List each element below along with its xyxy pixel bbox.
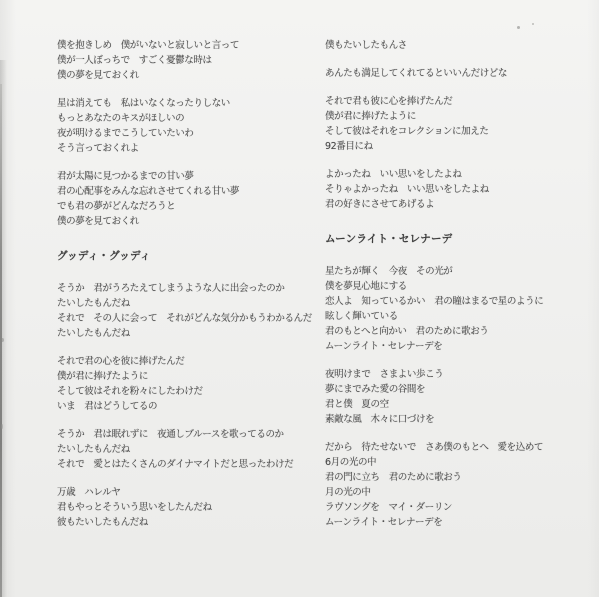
lyric-line: 万歳 ハレルヤ [57,485,312,500]
lyric-line: 君の好きにさせてあげるよ [325,197,543,212]
lyric-line: 君が太陽に見つかるまでの甘い夢 [57,169,312,184]
lyric-line: 僕が君に捧げたように [325,109,543,124]
stanza: そうか 君がうろたえてしまうような人に出会ったのかたいしたもんだねそれで その人… [57,281,312,341]
stanza: よかったね いい思いをしたよねそりゃよかったね いい思いをしたよね君の好きにさせ… [325,167,543,212]
stanza: 万歳 ハレルヤ君もやっとそういう思いをしたんだね彼もたいしたもんだね [57,485,312,530]
scan-speck [517,26,520,29]
lyric-line: 僕を抱きしめ 僕がいないと寂しいと言って [57,38,312,53]
lyric-line: よかったね いい思いをしたよね [325,167,543,182]
lyric-line: でも君の夢がどんなだろうと [57,199,312,214]
stanza: 僕もたいしたもんさ [325,38,543,53]
lyric-line: 夢にまでみた愛の谷間を [325,382,543,397]
lyric-line: 恋人よ 知っているかい 君の瞳はまるで星のように [325,294,543,309]
lyric-line: 僕の夢を見ておくれ [57,68,312,83]
scan-speck [532,23,534,25]
lyric-line: ムーンライト・セレナーデを [325,515,543,530]
lyrics-column-right: 僕もたいしたもんさあんたも満足してくれてるといいんだけどなそれで君も彼に心を捧げ… [325,38,543,543]
scan-speck [1,424,3,429]
lyric-line: 彼もたいしたもんだね [57,515,312,530]
lyric-line: ラヴソングを マイ・ダーリン [325,500,543,515]
lyric-line: 僕が君に捧げたように [57,369,312,384]
stanza: それで君の心を彼に捧げたんだ僕が君に捧げたようにそして彼はそれを粉々にしたわけだ… [57,354,312,414]
stanza: そうか 君は眠れずに 夜通しブルースを歌ってるのかたいしたもんだねそれで 愛とは… [57,427,312,472]
stanza: 星は消えても 私はいなくなったりしないもっとあなたのキスがほしいの夜が明けるまで… [57,96,312,156]
lyric-line: そして彼はそれを粉々にしたわけだ [57,384,312,399]
lyric-line: そうか 君は眠れずに 夜通しブルースを歌ってるのか [57,427,312,442]
stanza: あんたも満足してくれてるといいんだけどな [325,66,543,81]
lyric-line: たいしたもんだね [57,296,312,311]
lyric-line: 僕の夢を見ておくれ [57,214,312,229]
lyric-line: 素敵な風 木々に口づけを [325,412,543,427]
lyric-line: それで その人に会って それがどんな気分かもうわかるんだ [57,311,312,326]
lyrics-column-left: 僕を抱きしめ 僕がいないと寂しいと言って僕が一人ぼっちで すごく憂鬱な時は僕の夢… [57,38,312,543]
lyric-line: 月の光の中 [325,485,543,500]
lyric-line: 夜明けまで さまよい歩こう [325,367,543,382]
lyric-line: それで君の心を彼に捧げたんだ [57,354,312,369]
lyric-line: それで君も彼に心を捧げたんだ [325,94,543,109]
song-title: グッディ・グッディ [57,249,312,264]
lyric-line: そうか 君がうろたえてしまうような人に出会ったのか [57,281,312,296]
lyric-line: たいしたもんだね [57,326,312,341]
lyric-line: そりゃよかったね いい思いをしたよね [325,182,543,197]
lyric-line: たいしたもんだね [57,442,312,457]
lyric-line: 僕もたいしたもんさ [325,38,543,53]
stanza: 僕を抱きしめ 僕がいないと寂しいと言って僕が一人ぼっちで すごく憂鬱な時は僕の夢… [57,38,312,83]
lyric-line: いま 君はどうしてるの [57,399,312,414]
lyric-line: だから 待たせないで さあ僕のもとへ 愛を込めて [325,440,543,455]
stanza: 星たちが輝く 今夜 その光が僕を夢見心地にする恋人よ 知っているかい 君の瞳はま… [325,264,543,354]
scan-speck [1,338,4,342]
lyric-line: 君の心配事をみんな忘れさせてくれる甘い夢 [57,184,312,199]
lyric-line: 92番目にね [325,139,543,154]
lyric-line: 僕が一人ぼっちで すごく憂鬱な時は [57,53,312,68]
stanza: だから 待たせないで さあ僕のもとへ 愛を込めて6月の光の中君の門に立ち 君のた… [325,440,543,530]
lyric-line: 眩しく輝いている [325,309,543,324]
song-title: ムーンライト・セレナーデ [325,232,543,247]
lyric-line: そして彼はそれをコレクションに加えた [325,124,543,139]
lyric-line: それで 愛とはたくさんのダイナマイトだと思ったわけだ [57,457,312,472]
stanza: それで君も彼に心を捧げたんだ僕が君に捧げたようにそして彼はそれをコレクションに加… [325,94,543,154]
lyric-line: 君と僕 夏の空 [325,397,543,412]
stanza: 夜明けまで さまよい歩こう夢にまでみた愛の谷間を君と僕 夏の空素敵な風 木々に口… [325,367,543,427]
lyric-line: 君の門に立ち 君のために歌おう [325,470,543,485]
lyric-line: もっとあなたのキスがほしいの [57,111,312,126]
lyric-line: あんたも満足してくれてるといいんだけどな [325,66,543,81]
booklet-page: 僕を抱きしめ 僕がいないと寂しいと言って僕が一人ぼっちで すごく憂鬱な時は僕の夢… [0,0,599,597]
lyric-line: 星たちが輝く 今夜 その光が [325,264,543,279]
stanza: 君が太陽に見つかるまでの甘い夢君の心配事をみんな忘れさせてくれる甘い夢でも君の夢… [57,169,312,229]
lyric-line: そう言っておくれよ [57,141,312,156]
lyric-line: 夜が明けるまでこうしていたいわ [57,126,312,141]
lyric-line: 君のもとへと向かい 君のために歌おう [325,324,543,339]
lyric-line: 星は消えても 私はいなくなったりしない [57,96,312,111]
lyric-line: ムーンライト・セレナーデを [325,339,543,354]
lyric-line: 僕を夢見心地にする [325,279,543,294]
lyric-line: 6月の光の中 [325,455,543,470]
lyric-line: 君もやっとそういう思いをしたんだね [57,500,312,515]
